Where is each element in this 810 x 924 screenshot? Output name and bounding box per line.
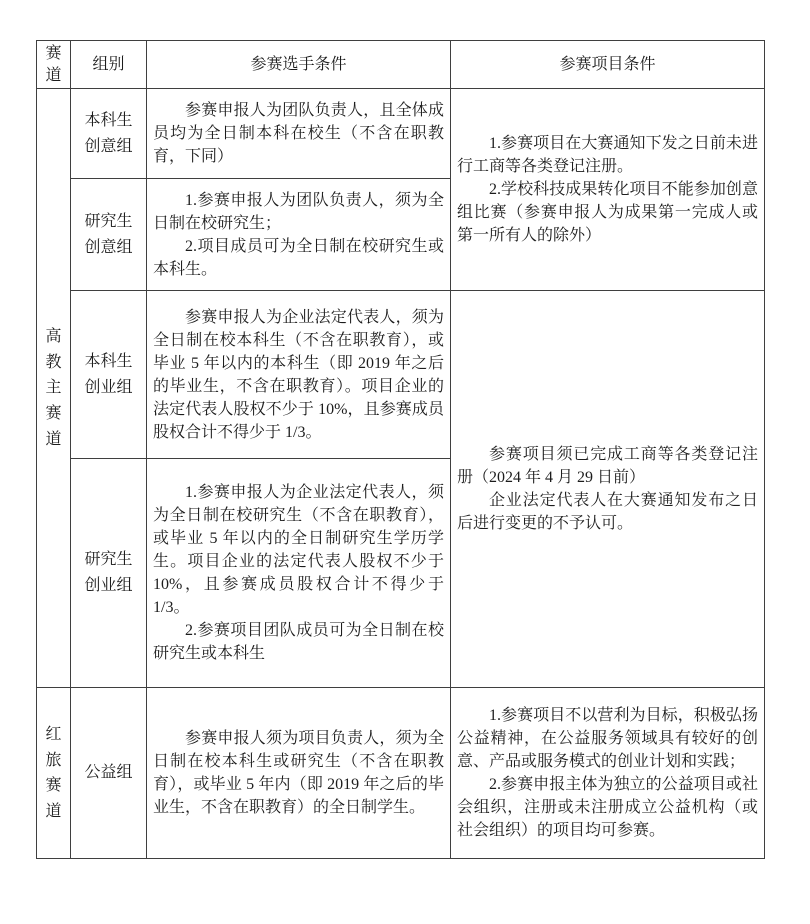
condition-paragraph: 2.参赛项目团队成员可为全日制在校研究生或本科生 [153, 619, 444, 665]
conditions-table: 赛 道 组别 参赛选手条件 参赛项目条件 高 教 主 赛 道 本科生 创意组 参… [36, 40, 765, 859]
participant-conditions-grad-startup: 1.参赛申报人为企业法定代表人，须为全日制在校研究生（不含在职教育），或毕业 5… [147, 459, 451, 688]
header-participant-conditions: 参赛选手条件 [147, 41, 451, 89]
row-undergrad-idea: 高 教 主 赛 道 本科生 创意组 参赛申报人为团队负责人，且全体成员均为全日制… [37, 89, 765, 179]
condition-paragraph: 2.学校科技成果转化项目不能参加创意组比赛（参赛申报人为成果第一完成人或第一所有… [457, 178, 758, 247]
project-conditions-idea-groups: 1.参赛项目在大赛通知下发之日前未进行工商等各类登记注册。 2.学校科技成果转化… [451, 89, 765, 291]
participant-conditions-grad-idea: 1.参赛申报人为团队负责人，须为全日制在校研究生； 2.项目成员可为全日制在校研… [147, 179, 451, 291]
project-conditions-startup-groups: 参赛项目须已完成工商等各类登记注册（2024 年 4 月 29 日前） 企业法定… [451, 291, 765, 688]
condition-paragraph: 1.参赛申报人为企业法定代表人，须为全日制在校研究生（不含在职教育），或毕业 5… [153, 481, 444, 619]
condition-paragraph: 参赛项目须已完成工商等各类登记注册（2024 年 4 月 29 日前） [457, 443, 758, 489]
group-label-grad-idea: 研究生 创意组 [71, 179, 147, 291]
participant-conditions-gongyi: 参赛申报人须为项目负责人，须为全日制在校本科生或研究生（不含在职教育），或毕业 … [147, 688, 451, 859]
header-track: 赛 道 [37, 41, 71, 89]
project-conditions-gongyi: 1.参赛项目不以营利为目标，积极弘扬公益精神，在公益服务领域具有较好的创意、产品… [451, 688, 765, 859]
group-label-gongyi: 公益组 [71, 688, 147, 859]
condition-paragraph: 参赛申报人须为项目负责人，须为全日制在校本科生或研究生（不含在职教育），或毕业 … [153, 727, 444, 819]
condition-paragraph: 参赛申报人为企业法定代表人，须为全日制在校本科生（不含在职教育），或毕业 5 年… [153, 306, 444, 444]
row-gongyi: 红 旅 赛 道 公益组 参赛申报人须为项目负责人，须为全日制在校本科生或研究生（… [37, 688, 765, 859]
participant-conditions-undergrad-startup: 参赛申报人为企业法定代表人，须为全日制在校本科生（不含在职教育），或毕业 5 年… [147, 291, 451, 459]
track-label-honglv: 红 旅 赛 道 [37, 688, 71, 859]
header-project-conditions: 参赛项目条件 [451, 41, 765, 89]
header-group: 组别 [71, 41, 147, 89]
condition-paragraph: 企业法定代表人在大赛通知发布之日后进行变更的不予认可。 [457, 489, 758, 535]
document-page: 赛 道 组别 参赛选手条件 参赛项目条件 高 教 主 赛 道 本科生 创意组 参… [0, 40, 810, 924]
group-label-grad-startup: 研究生 创业组 [71, 459, 147, 688]
condition-paragraph: 1.参赛申报人为团队负责人，须为全日制在校研究生； [153, 189, 444, 235]
header-row: 赛 道 组别 参赛选手条件 参赛项目条件 [37, 41, 765, 89]
condition-paragraph: 2.项目成员可为全日制在校研究生或本科生。 [153, 235, 444, 281]
condition-paragraph: 1.参赛项目在大赛通知下发之日前未进行工商等各类登记注册。 [457, 132, 758, 178]
condition-paragraph: 参赛申报人为团队负责人，且全体成员均为全日制本科在校生（不含在职教育，下同） [153, 99, 444, 168]
condition-paragraph: 1.参赛项目不以营利为目标，积极弘扬公益精神，在公益服务领域具有较好的创意、产品… [457, 704, 758, 773]
participant-conditions-undergrad-idea: 参赛申报人为团队负责人，且全体成员均为全日制本科在校生（不含在职教育，下同） [147, 89, 451, 179]
group-label-undergrad-startup: 本科生 创业组 [71, 291, 147, 459]
row-undergrad-startup: 本科生 创业组 参赛申报人为企业法定代表人，须为全日制在校本科生（不含在职教育）… [37, 291, 765, 459]
track-label-gaojiao: 高 教 主 赛 道 [37, 89, 71, 688]
condition-paragraph: 2.参赛申报主体为独立的公益项目或社会组织，注册或未注册成立公益机构（或社会组织… [457, 773, 758, 842]
group-label-undergrad-idea: 本科生 创意组 [71, 89, 147, 179]
